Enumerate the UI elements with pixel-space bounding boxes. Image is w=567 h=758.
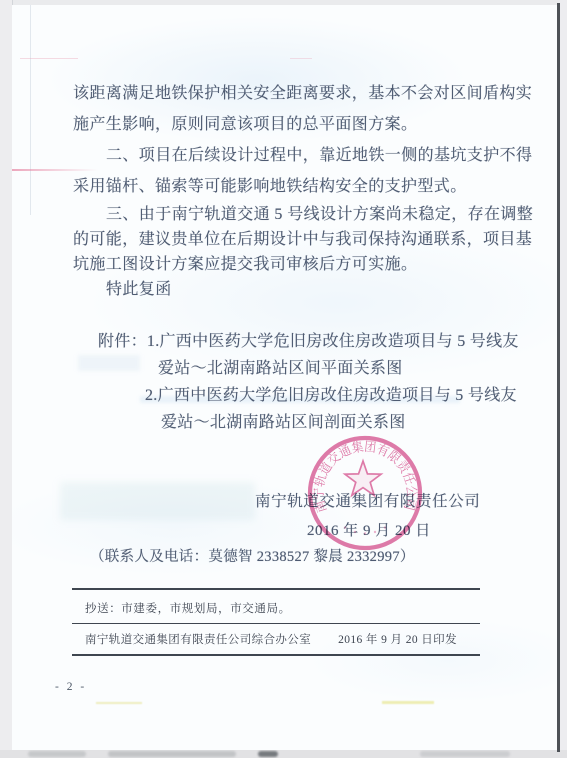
seal-ring	[310, 438, 420, 548]
issuer-office: 南宁轨道交通集团有限责任公司综合办公室	[85, 631, 311, 647]
scan-smudge	[108, 751, 236, 757]
scanner-background: 该距离满足地铁保护相关安全距离要求，基本不会对区间盾构实施产生影响，原则同意该项…	[0, 0, 567, 758]
cc-line: 抄送：市建委，市规划局，市交通局。	[85, 600, 291, 616]
attachment-line: 2.广西中医药大学危旧房改住房改造项目与 5 号线友	[145, 382, 552, 409]
scan-artifact	[20, 58, 78, 59]
paper-edge-line-right	[557, 3, 560, 752]
attachment-line: 附件：1.广西中医药大学危旧房改住房改造项目与 5 号线友	[98, 328, 552, 355]
scanner-right-strip	[560, 0, 567, 758]
attachment-list: 附件：1.广西中医药大学危旧房改住房改造项目与 5 号线友爱站～北湖南路站区间平…	[12, 328, 552, 436]
footer-rule-top	[72, 588, 480, 590]
body-line: 二、项目在后续设计过程中，靠近地铁一侧的基坑支护不得	[73, 140, 539, 171]
scan-artifact	[60, 482, 255, 520]
body-line: 三、由于南宁轨道交通 5 号线设计方案尚未稳定，存在调整	[73, 202, 539, 227]
scan-artifact	[96, 702, 142, 704]
document-page: 该距离满足地铁保护相关安全距离要求，基本不会对区间盾构实施产生影响，原则同意该项…	[12, 5, 557, 750]
letter-body: 该距离满足地铁保护相关安全距离要求，基本不会对区间盾构实施产生影响，原则同意该项…	[73, 78, 539, 302]
footer-rule-middle	[72, 623, 480, 624]
star-icon	[345, 461, 381, 495]
issue-date: 2016 年 9 月 20 日印发	[338, 631, 457, 647]
body-line: 特此复函	[73, 277, 539, 302]
body-line: 采用锚杆、锚索等可能影响地铁结构安全的支护型式。	[73, 171, 539, 202]
company-seal-stamp: 南宁轨道交通集团有限责任公司	[303, 429, 427, 553]
scan-smudge	[258, 751, 278, 757]
paper-fold-line	[30, 5, 31, 215]
scan-artifact	[382, 701, 434, 704]
body-line: 的可能，建议贵单位在后期设计中与我司保持沟通联系，项目基	[73, 227, 539, 252]
body-line: 施产生影响，原则同意该项目的总平面图方案。	[73, 109, 539, 140]
footer-rule-bottom	[72, 654, 480, 656]
scan-artifact	[290, 58, 312, 59]
page-number: - 2 -	[55, 681, 87, 693]
attachment-line: 爱站～北湖南路站区间平面关系图	[158, 355, 552, 382]
scan-smudge	[28, 751, 86, 757]
body-line: 坑施工图设计方案应提交我司审核后方可实施。	[73, 252, 539, 277]
body-line: 该距离满足地铁保护相关安全距离要求，基本不会对区间盾构实	[73, 78, 539, 109]
issue-line: 南宁轨道交通集团有限责任公司综合办公室 2016 年 9 月 20 日印发	[85, 631, 457, 647]
scan-smudge	[420, 751, 510, 757]
seal-bottom-marks	[344, 526, 386, 534]
